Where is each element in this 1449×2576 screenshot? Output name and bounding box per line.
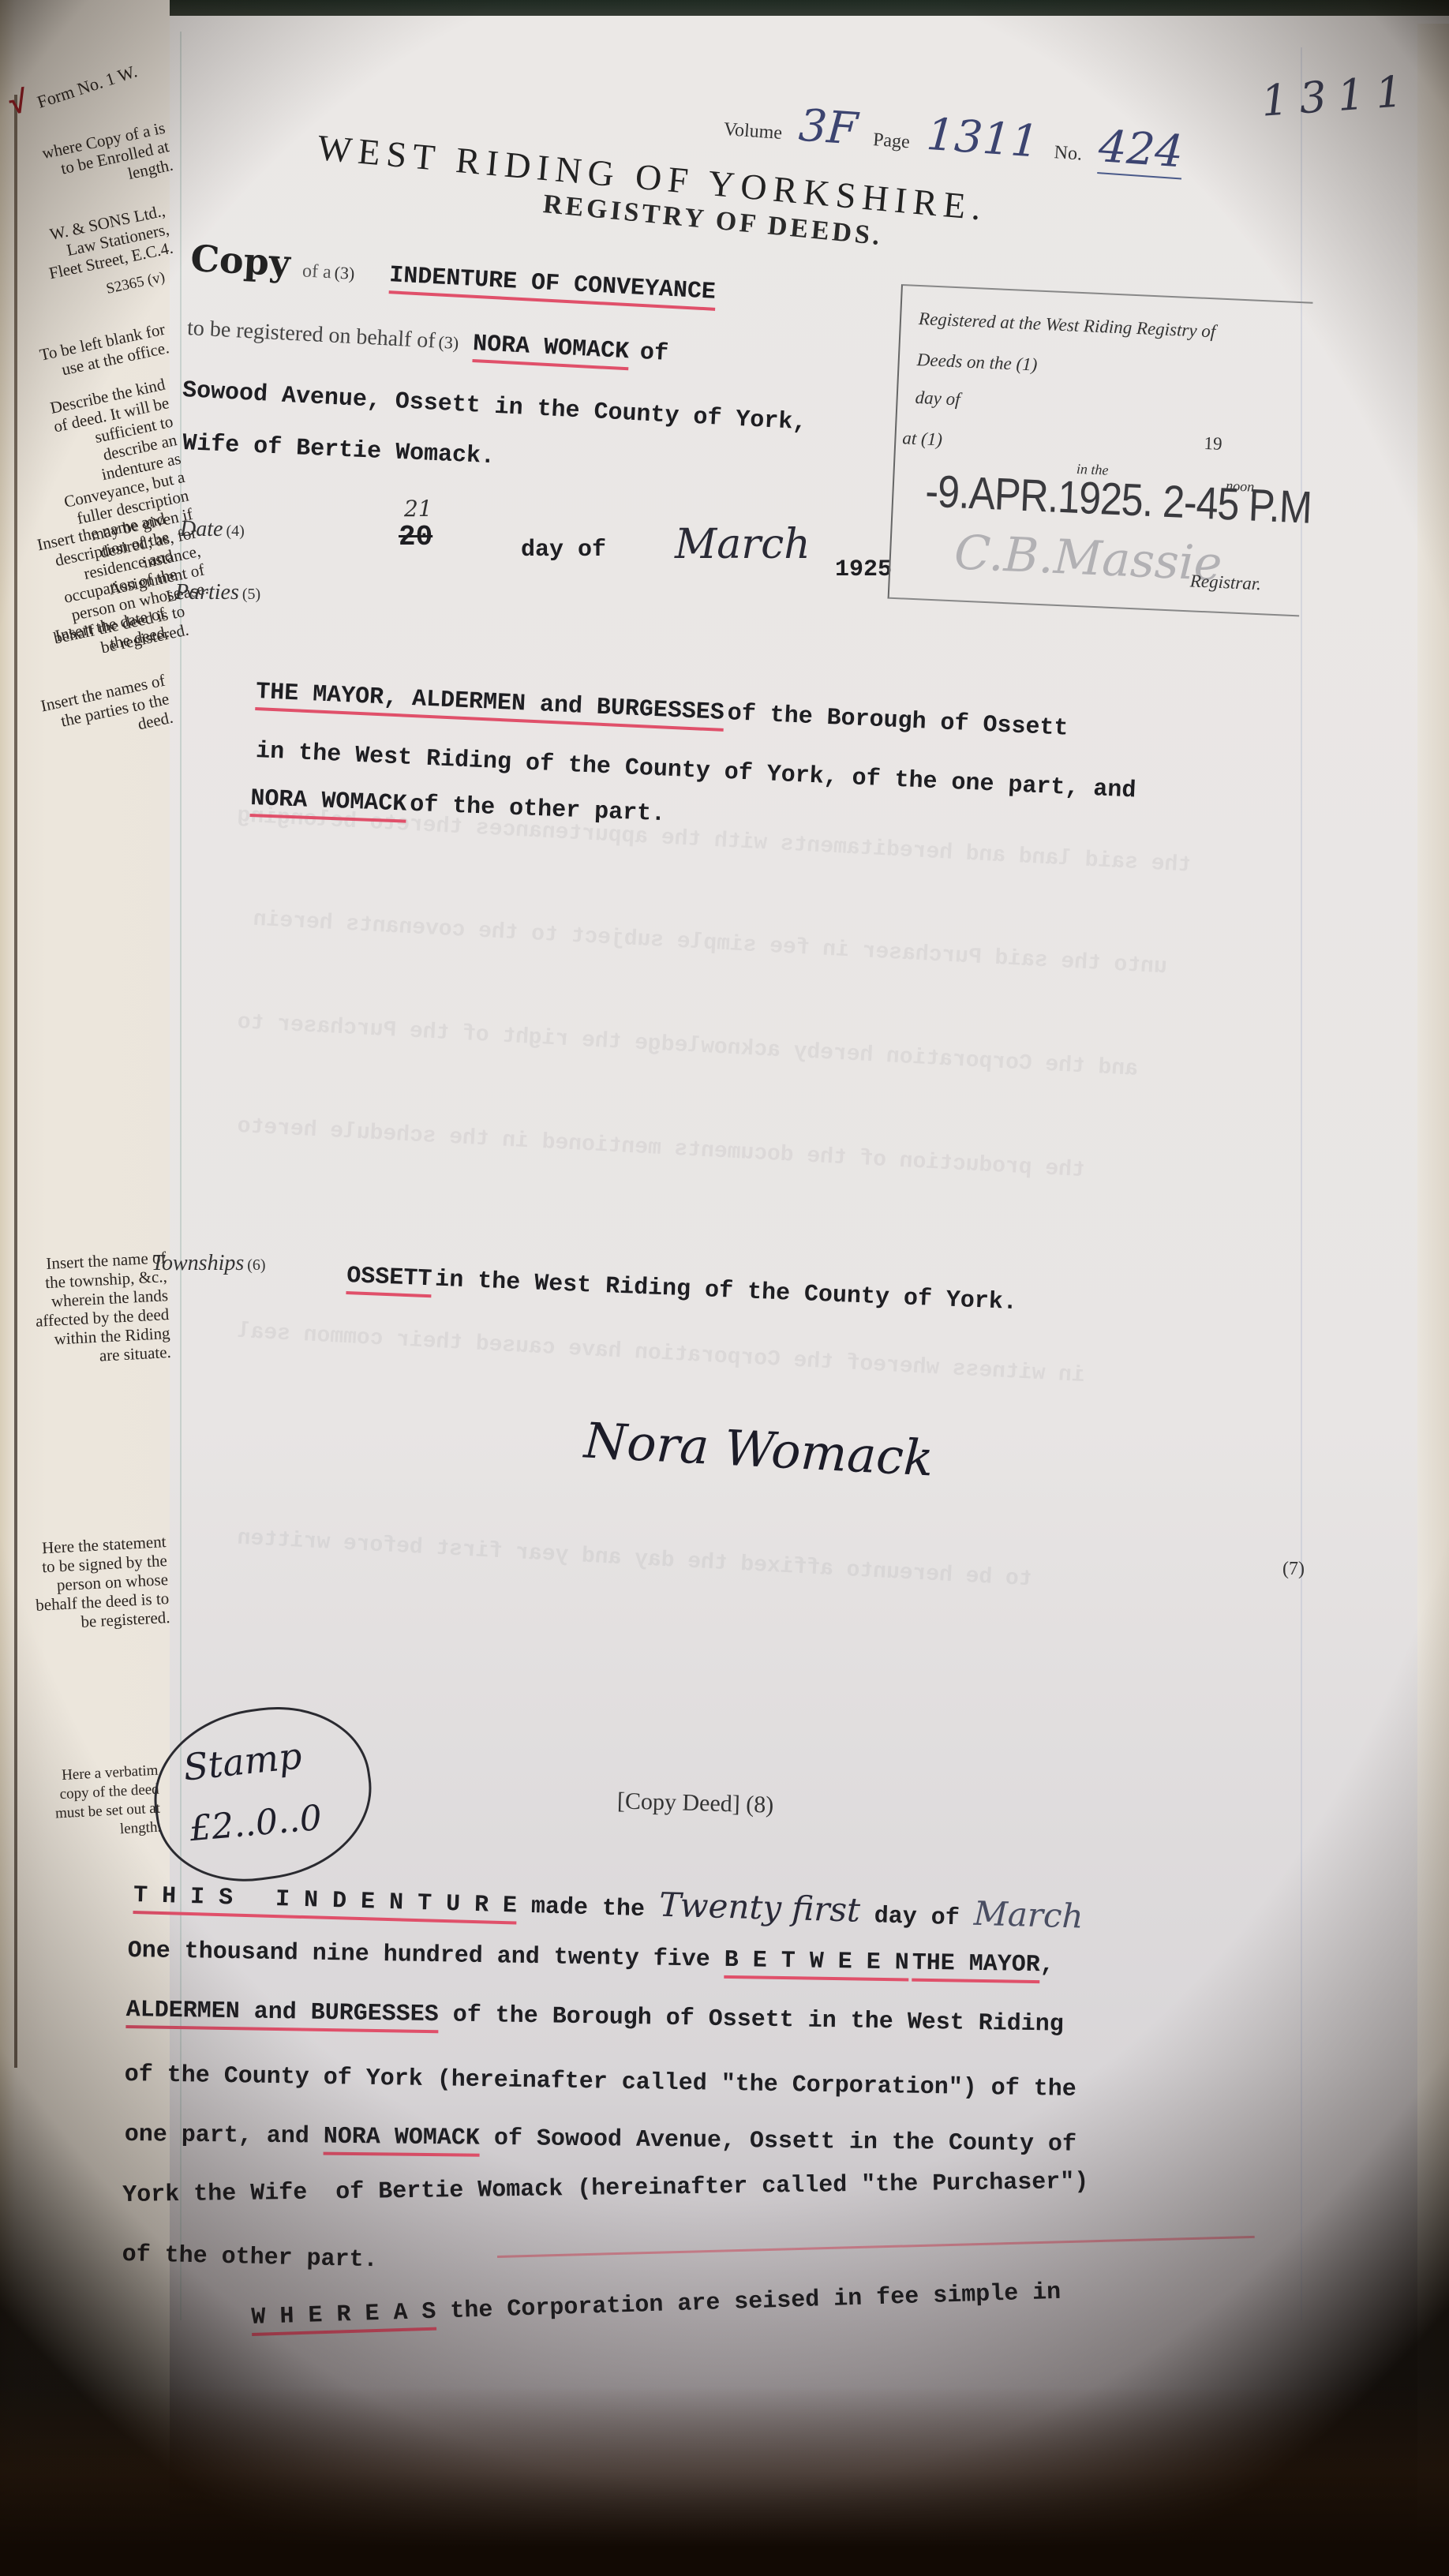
- date-year: 1925: [835, 556, 892, 583]
- signature-note: (7): [1282, 1559, 1305, 1580]
- margin-rule-left: [180, 32, 182, 2320]
- the-mayor: THE MAYOR: [912, 1950, 1040, 1984]
- whereas-word: W H E R E A S: [251, 2299, 436, 2336]
- book-spine: [14, 95, 17, 2068]
- registrar-signature: C.B.Massie: [953, 525, 1223, 592]
- deed-text: ,: [1040, 1952, 1055, 1979]
- page-label: Page: [872, 129, 910, 152]
- date-day-of: day of: [521, 537, 606, 563]
- registration-box: Registered at the West Riding Registry o…: [888, 284, 1313, 616]
- parties-label: Parties: [175, 580, 239, 605]
- margin-note: Here the statement to be signed by the p…: [32, 1532, 170, 1634]
- margin-note: Here a verbatim copy of the deed must be…: [32, 1762, 162, 1844]
- parties-label-group: Parties (5): [175, 580, 260, 605]
- township-name: OSSETT: [346, 1263, 432, 1297]
- date-label: Date: [180, 517, 223, 541]
- date-month: March: [675, 521, 811, 568]
- page-value: 1311: [925, 109, 1041, 168]
- deed-text: made the: [517, 1893, 660, 1924]
- volume-value: 3F: [797, 100, 859, 155]
- aldermen-burgesses: ALDERMEN and BURGESSES: [125, 1997, 439, 2033]
- volume-label: Volume: [723, 119, 783, 144]
- reg-line1: Registered at the West Riding Registry o…: [919, 309, 1216, 342]
- copy-deed-label: [Copy Deed] (8): [617, 1788, 774, 1818]
- townships-note: (6): [247, 1256, 265, 1274]
- party-purchaser: NORA WOMACK: [249, 785, 406, 823]
- handwritten-month: March: [973, 1894, 1084, 1936]
- townships-label: Townships: [152, 1251, 244, 1275]
- date-day-typed: 20: [399, 521, 432, 553]
- reg-line3: day of: [915, 388, 960, 410]
- margin-note: Insert the name of the township, &c., wh…: [32, 1248, 171, 1368]
- copy-word: Copy: [189, 237, 291, 285]
- deed-type-note: (3): [334, 263, 355, 283]
- reg-year-prefix: 19: [1204, 433, 1222, 455]
- purchaser-name: NORA WOMACK: [324, 2124, 480, 2157]
- number-label: No.: [1054, 142, 1083, 164]
- of-word: of: [639, 339, 669, 368]
- registration-date-stamp: -9.APR.1925. 2-45 P.M: [924, 465, 1312, 534]
- date-day-corrected: 21: [404, 496, 432, 522]
- corner-page-number: 1311: [1260, 66, 1415, 125]
- handwritten-day: Twenty first: [658, 1885, 860, 1930]
- page-right-edge: [1417, 24, 1449, 2576]
- date-note: (4): [226, 522, 244, 540]
- reg-line2: Deeds on the (1): [916, 350, 1038, 376]
- reg-line4: at (1): [902, 428, 943, 450]
- parties-note: (5): [242, 586, 260, 603]
- deed-text: day of: [859, 1903, 974, 1933]
- number-value: 424: [1097, 121, 1185, 179]
- behalf-note: (3): [438, 332, 459, 353]
- of-a-label: of a: [301, 260, 331, 283]
- date-label-group: Date (4): [180, 517, 245, 542]
- townships-label-group: Townships (6): [152, 1251, 266, 1276]
- between-word: B E T W E E N: [724, 1947, 909, 1982]
- reg-registrar: Registrar.: [1189, 571, 1261, 594]
- deed-text: one part, and: [125, 2121, 324, 2151]
